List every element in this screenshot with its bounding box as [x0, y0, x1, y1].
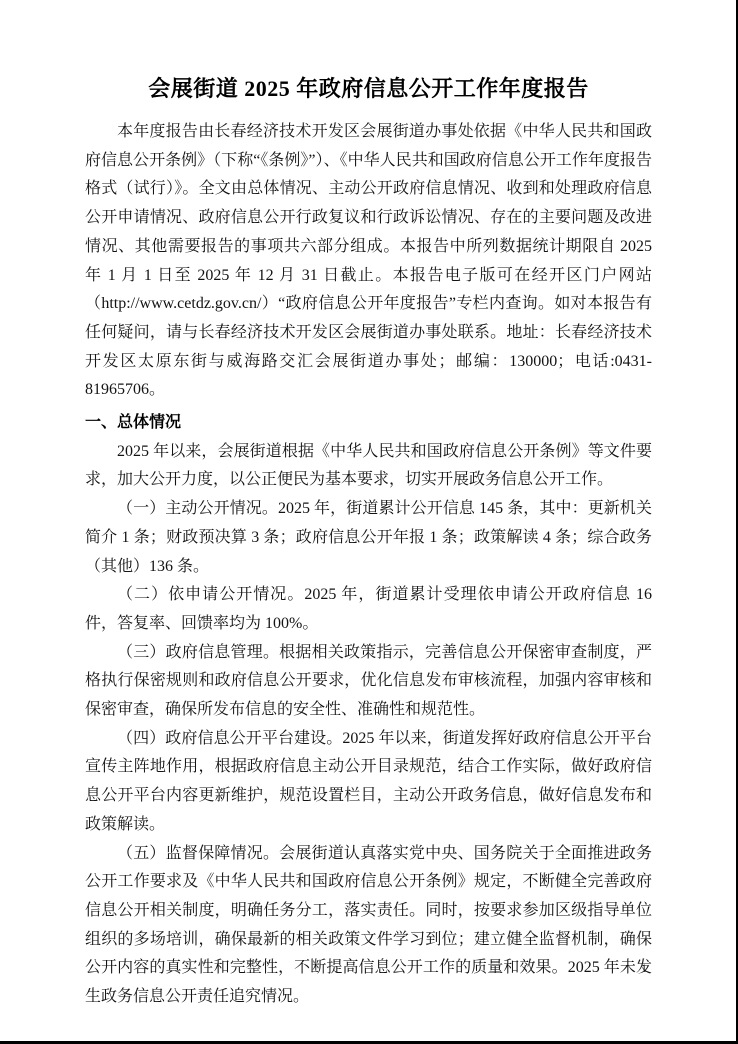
document-page: 会展街道 2025 年政府信息公开工作年度报告 本年度报告由长春经济技术开发区会…: [0, 0, 738, 1044]
section-1-item-platform-construction: （四）政府信息公开平台建设。2025 年以来，街道发挥好政府信息公开平台宣传主阵…: [85, 725, 652, 840]
section-1-lead-paragraph: 2025 年以来，会展街道根据《中华人民共和国政府信息公开条例》等文件要求，加大…: [85, 438, 652, 495]
intro-paragraph: 本年度报告由长春经济技术开发区会展街道办事处依据《中华人民共和国政府信息公开条例…: [85, 118, 652, 405]
section-1-heading: 一、总体情况: [85, 409, 652, 438]
section-1-item-disclosure-upon-request: （二）依申请公开情况。2025 年，街道累计受理依申请公开政府信息 16 件，答…: [85, 581, 652, 638]
page-number: 1: [641, 960, 647, 976]
section-1-item-supervision-guarantee: （五）监督保障情况。会展街道认真落实党中央、国务院关于全面推进政务公开工作要求及…: [85, 840, 652, 1012]
section-1-item-information-management: （三）政府信息管理。根据相关政策指示，完善信息公开保密审查制度，严格执行保密规则…: [85, 639, 652, 725]
section-1-item-proactive-disclosure: （一）主动公开情况。2025 年，街道累计公开信息 145 条，其中：更新机关简…: [85, 495, 652, 581]
document-title: 会展街道 2025 年政府信息公开工作年度报告: [85, 0, 652, 106]
